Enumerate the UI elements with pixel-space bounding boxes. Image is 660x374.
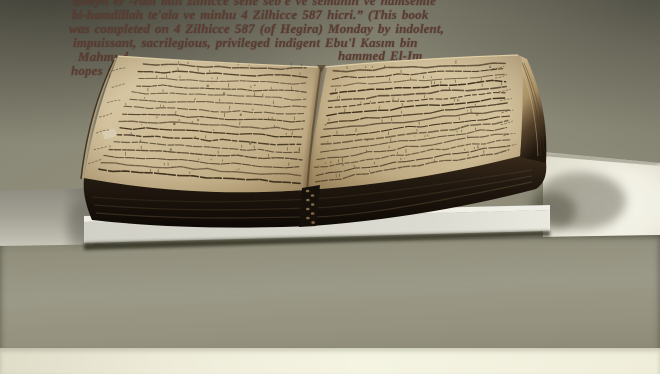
left-page: [84, 56, 322, 192]
museum-exhibit-photo: isneyn er -rabi min zilhicce sene seb'e …: [0, 0, 660, 374]
open-manuscript-book: [0, 0, 660, 374]
